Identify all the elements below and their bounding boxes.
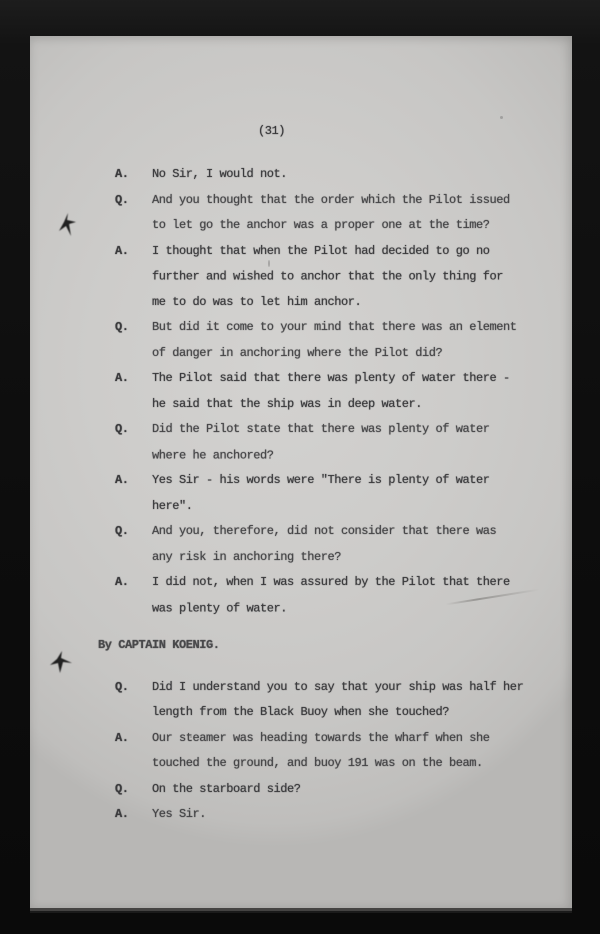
qa-entry: A.Yes Sir. <box>115 802 570 828</box>
qa-entry: Q.Did I understand you to say that your … <box>115 675 570 726</box>
line-text: Did the Pilot state that there was plent… <box>152 422 490 436</box>
transcript-line: touched the ground, and buoy 191 was on … <box>115 751 570 777</box>
transcript-line: length from the Black Buoy when she touc… <box>115 700 570 726</box>
speaker-label: Q. <box>115 519 152 545</box>
line-text: of danger in anchoring where the Pilot d… <box>152 346 442 360</box>
speaker-label: Q. <box>115 315 152 341</box>
scan-speck <box>268 260 270 267</box>
qa-entry: A.The Pilot said that there was plenty o… <box>115 366 570 417</box>
line-text: here". <box>152 499 193 513</box>
ink-blot-mark <box>55 210 81 242</box>
line-text: length from the Black Buoy when she touc… <box>152 705 449 719</box>
transcript-line: A.The Pilot said that there was plenty o… <box>115 366 570 392</box>
line-text: to let go the anchor was a proper one at… <box>152 218 490 232</box>
transcript-line: he said that the ship was in deep water. <box>115 392 570 418</box>
line-text: I thought that when the Pilot had decide… <box>152 244 490 258</box>
transcript-line: Q.And you, therefore, did not consider t… <box>115 519 570 545</box>
transcript-line: Q.Did the Pilot state that there was ple… <box>115 417 570 443</box>
transcript-line: any risk in anchoring there? <box>115 545 570 571</box>
page-number: (31) <box>258 124 285 138</box>
line-text: But did it come to your mind that there … <box>152 320 517 334</box>
transcript-line: of danger in anchoring where the Pilot d… <box>115 341 570 367</box>
speaker-label: A. <box>115 468 152 494</box>
qa-entry: A.No Sir, I would not. <box>115 162 570 188</box>
transcript-line: A.I did not, when I was assured by the P… <box>115 570 570 596</box>
transcript-line: was plenty of water. <box>115 596 570 622</box>
line-text: Yes Sir - his words were "There is plent… <box>152 473 490 487</box>
speaker-label: A. <box>115 162 152 188</box>
transcript-line: here". <box>115 494 570 520</box>
speaker-label: Q. <box>115 675 152 701</box>
qa-entry: Q.And you, therefore, did not consider t… <box>115 519 570 570</box>
speaker-label: Q. <box>115 777 152 803</box>
transcript-line: A.Yes Sir - his words were "There is ple… <box>115 468 570 494</box>
speaker-label: Q. <box>115 188 152 214</box>
document-page: (31) A.No Sir, I would not. Q.And you th… <box>30 36 572 908</box>
transcript-line: A.Yes Sir. <box>115 802 570 828</box>
line-text: No Sir, I would not. <box>152 167 287 181</box>
qa-entry: Q.But did it come to your mind that ther… <box>115 315 570 366</box>
speaker-label: A. <box>115 570 152 596</box>
line-text: Our steamer was heading towards the whar… <box>152 731 490 745</box>
line-text: I did not, when I was assured by the Pil… <box>152 575 510 589</box>
testimony-section: Q.Did I understand you to say that your … <box>115 675 570 828</box>
transcript-line: Q.But did it come to your mind that ther… <box>115 315 570 341</box>
section-heading: By CAPTAIN KOENIG. <box>98 633 570 659</box>
transcript-line: to let go the anchor was a proper one at… <box>115 213 570 239</box>
scan-speck <box>500 116 503 119</box>
line-text: Did I understand you to say that your sh… <box>152 680 523 694</box>
transcript-line: A.Our steamer was heading towards the wh… <box>115 726 570 752</box>
speaker-label: A. <box>115 726 152 752</box>
line-text: he said that the ship was in deep water. <box>152 397 422 411</box>
line-text: On the starboard side? <box>152 782 301 796</box>
line-text: where he anchored? <box>152 448 274 462</box>
transcript-line: me to do was to let him anchor. <box>115 290 570 316</box>
qa-entry: A.Yes Sir - his words were "There is ple… <box>115 468 570 519</box>
testimony-section: A.No Sir, I would not. Q.And you thought… <box>115 162 570 621</box>
speaker-label: Q. <box>115 417 152 443</box>
line-text: The Pilot said that there was plenty of … <box>152 371 510 385</box>
ink-blot-mark <box>48 647 76 677</box>
qa-entry: A.Our steamer was heading towards the wh… <box>115 726 570 777</box>
speaker-label: A. <box>115 239 152 265</box>
transcript-line: A.I thought that when the Pilot had deci… <box>115 239 570 265</box>
line-text: touched the ground, and buoy 191 was on … <box>152 756 483 770</box>
transcript-line: Q.Did I understand you to say that your … <box>115 675 570 701</box>
speaker-label: A. <box>115 366 152 392</box>
line-text: And you thought that the order which the… <box>152 193 510 207</box>
speaker-label: A. <box>115 802 152 828</box>
transcript-line: further and wished to anchor that the on… <box>115 265 570 291</box>
transcript-line: Q.And you thought that the order which t… <box>115 188 570 214</box>
qa-entry: Q.On the starboard side? <box>115 777 570 803</box>
transcript-content: A.No Sir, I would not. Q.And you thought… <box>115 162 570 828</box>
line-text: was plenty of water. <box>152 601 287 615</box>
line-text: And you, therefore, did not consider tha… <box>152 524 496 538</box>
qa-entry: Q.Did the Pilot state that there was ple… <box>115 417 570 468</box>
line-text: further and wished to anchor that the on… <box>152 270 503 284</box>
transcript-line: Q.On the starboard side? <box>115 777 570 803</box>
line-text: any risk in anchoring there? <box>152 550 341 564</box>
line-text: Yes Sir. <box>152 807 206 821</box>
scan-background: (31) A.No Sir, I would not. Q.And you th… <box>0 0 600 934</box>
transcript-line: A.No Sir, I would not. <box>115 162 570 188</box>
line-text: me to do was to let him anchor. <box>152 295 361 309</box>
transcript-line: where he anchored? <box>115 443 570 469</box>
qa-entry: A.I thought that when the Pilot had deci… <box>115 239 570 316</box>
qa-entry: Q.And you thought that the order which t… <box>115 188 570 239</box>
scan-speck <box>190 736 192 738</box>
